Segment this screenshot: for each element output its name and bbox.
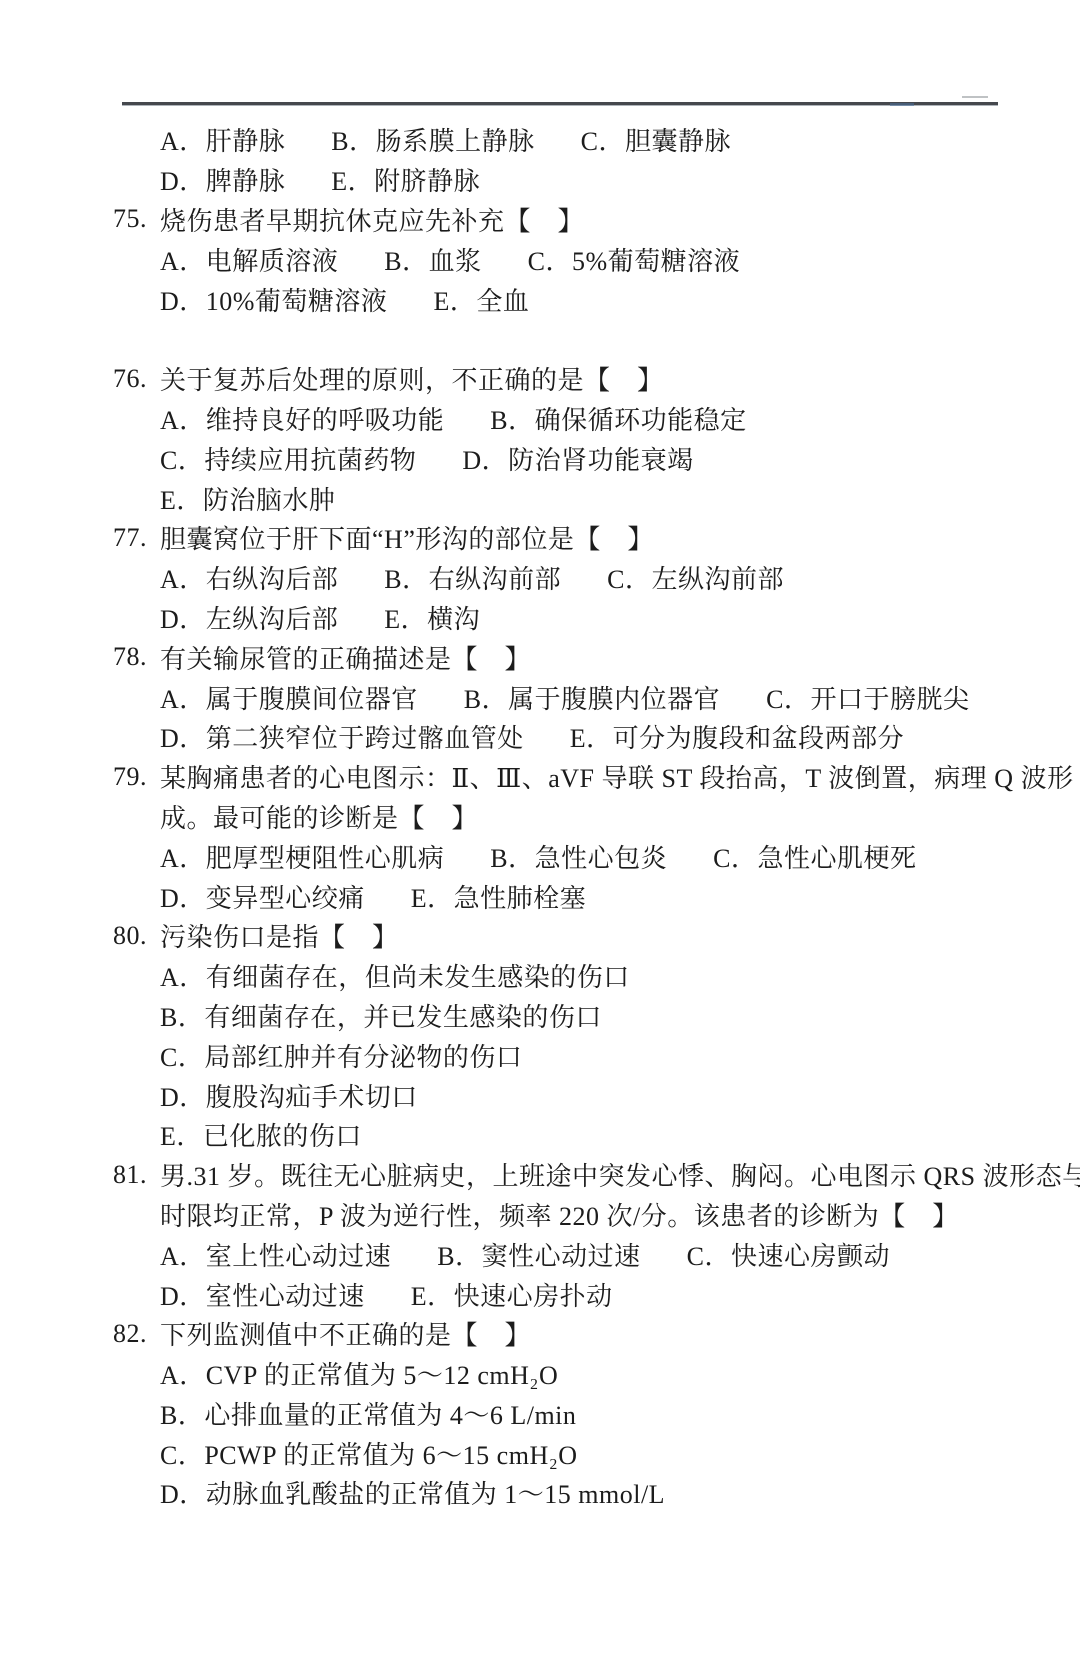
option-row: D．10%葡萄糖溶液 E．全血: [0, 279, 1080, 319]
option-row: E．防治脑水肿: [0, 478, 1080, 518]
option-row: C．PCWP 的正常值为 6～15 cmH₂O: [0, 1433, 1080, 1473]
question-line-76: 76. 关于复苏后处理的原则，不正确的是【 】: [0, 359, 1080, 399]
option-text: D．变异型心绞痛: [160, 878, 365, 915]
question-text: 男.31 岁。既往无心脏病史，上班途中突发心悸、胸闷。心电图示 QRS 波形态与: [160, 1156, 1080, 1193]
option-text: D．防治肾功能衰竭: [462, 440, 693, 477]
option-row: D．脾静脉 E．附脐静脉: [0, 160, 1080, 200]
option-row: A．室上性心动过速 B．窦性心动过速 C．快速心房颤动: [0, 1234, 1080, 1274]
option-text: D．10%葡萄糖溶液: [160, 281, 387, 318]
option-row: D．腹股沟疝手术切口: [0, 1075, 1080, 1115]
option-text: A．电解质溶液: [160, 241, 338, 278]
question-text: 下列监测值中不正确的是【 】: [160, 1315, 531, 1352]
question-text: 污染伤口是指【 】: [160, 917, 399, 954]
option-row: A．右纵沟后部 B．右纵沟前部 C．左纵沟前部: [0, 558, 1080, 598]
option-text: A．维持良好的呼吸功能: [160, 400, 444, 437]
option-text: E．全血: [433, 281, 529, 318]
option-text: C．持续应用抗菌药物: [160, 440, 416, 477]
question-number: 81.: [113, 1160, 147, 1190]
question-continuation: 成。最可能的诊断是【 】: [0, 797, 1080, 837]
option-row: E．已化脓的伤口: [0, 1115, 1080, 1155]
question-list: A．肝静脉 B．肠系膜上静脉 C．胆囊静脉 D．脾静脉 E．附脐静脉 75. 烧…: [0, 120, 1080, 1513]
question-line-82: 82. 下列监测值中不正确的是【 】: [0, 1314, 1080, 1354]
option-text: C．左纵沟前部: [607, 559, 784, 596]
option-text: A．属于腹膜间位器官: [160, 679, 418, 716]
option-text: D．腹股沟疝手术切口: [160, 1077, 418, 1114]
option-row: C．局部红肿并有分泌物的伤口: [0, 1035, 1080, 1075]
option-text: C．胆囊静脉: [581, 121, 731, 158]
question-text: 某胸痛患者的心电图示：Ⅱ、Ⅲ、aVF 导联 ST 段抬高，T 波倒置，病理 Q …: [160, 758, 1074, 795]
option-text: B．有细菌存在，并已发生感染的伤口: [160, 997, 602, 1034]
question-continuation: 时限均正常，P 波为逆行性，频率 220 次/分。该患者的诊断为【 】: [0, 1195, 1080, 1235]
option-text: E．急性肺栓塞: [411, 878, 586, 915]
question-number: 79.: [113, 762, 147, 792]
question-text: 时限均正常，P 波为逆行性，频率 220 次/分。该患者的诊断为【 】: [160, 1196, 959, 1233]
scan-artifact: [962, 96, 988, 98]
question-text: 关于复苏后处理的原则，不正确的是【 】: [160, 360, 664, 397]
option-row: A．电解质溶液 B．血浆 C．5%葡萄糖溶液: [0, 239, 1080, 279]
option-text: C．5%葡萄糖溶液: [528, 241, 741, 278]
question-number: 75.: [113, 204, 147, 234]
option-text: D．第二狭窄位于跨过髂血管处: [160, 718, 524, 755]
question-number: 77.: [113, 523, 147, 553]
option-row: D．室性心动过速 E．快速心房扑动: [0, 1274, 1080, 1314]
option-row: A．CVP 的正常值为 5～12 cmH₂O: [0, 1354, 1080, 1394]
blank-line: [0, 319, 1080, 359]
option-text: C．快速心房颤动: [687, 1236, 890, 1273]
question-text: 成。最可能的诊断是【 】: [160, 798, 478, 835]
question-line-78: 78. 有关输尿管的正确描述是【 】: [0, 637, 1080, 677]
option-text: B．心排血量的正常值为 4～6 L/min: [160, 1395, 576, 1432]
question-line-81: 81. 男.31 岁。既往无心脏病史，上班途中突发心悸、胸闷。心电图示 QRS …: [0, 1155, 1080, 1195]
option-row: B．心排血量的正常值为 4～6 L/min: [0, 1394, 1080, 1434]
option-row: A．肝静脉 B．肠系膜上静脉 C．胆囊静脉: [0, 120, 1080, 160]
scan-artifact: [890, 103, 914, 106]
option-text: D．动脉血乳酸盐的正常值为 1～15 mmol/L: [160, 1474, 665, 1511]
option-text: A．有细菌存在，但尚未发生感染的伤口: [160, 957, 630, 994]
option-text: B．急性心包炎: [490, 838, 667, 875]
option-row: D．第二狭窄位于跨过髂血管处 E．可分为腹段和盆段两部分: [0, 717, 1080, 757]
exam-page: A．肝静脉 B．肠系膜上静脉 C．胆囊静脉 D．脾静脉 E．附脐静脉 75. 烧…: [0, 0, 1080, 1671]
option-text: A．室上性心动过速: [160, 1236, 391, 1273]
option-row: D．变异型心绞痛 E．急性肺栓塞: [0, 876, 1080, 916]
option-text: D．左纵沟后部: [160, 599, 338, 636]
option-text: B．右纵沟前部: [384, 559, 561, 596]
question-number: 78.: [113, 642, 147, 672]
option-text: A．CVP 的正常值为 5～12 cmH₂O: [160, 1355, 558, 1392]
option-text: B．确保循环功能稳定: [490, 400, 746, 437]
option-text: A．肝静脉: [160, 121, 285, 158]
option-text: D．脾静脉: [160, 161, 285, 198]
option-text: A．肥厚型梗阻性心肌病: [160, 838, 444, 875]
option-text: C．急性心肌梗死: [713, 838, 916, 875]
option-row: A．有细菌存在，但尚未发生感染的伤口: [0, 956, 1080, 996]
option-text: C．开口于膀胱尖: [766, 679, 969, 716]
option-text: E．横沟: [384, 599, 480, 636]
option-text: C．局部红肿并有分泌物的伤口: [160, 1037, 522, 1074]
option-row: D．左纵沟后部 E．横沟: [0, 598, 1080, 638]
question-line-79: 79. 某胸痛患者的心电图示：Ⅱ、Ⅲ、aVF 导联 ST 段抬高，T 波倒置，病…: [0, 757, 1080, 797]
option-row: A．属于腹膜间位器官 B．属于腹膜内位器官 C．开口于膀胱尖: [0, 677, 1080, 717]
question-number: 82.: [113, 1319, 147, 1349]
option-text: B．肠系膜上静脉: [331, 121, 534, 158]
question-text: 有关输尿管的正确描述是【 】: [160, 639, 531, 676]
question-line-77: 77. 胆囊窝位于肝下面“H”形沟的部位是【 】: [0, 518, 1080, 558]
question-line-80: 80. 污染伤口是指【 】: [0, 916, 1080, 956]
option-text: C．PCWP 的正常值为 6～15 cmH₂O: [160, 1435, 578, 1472]
option-text: B．窦性心动过速: [437, 1236, 640, 1273]
option-text: A．右纵沟后部: [160, 559, 338, 596]
option-text: B．血浆: [384, 241, 481, 278]
option-text: E．附脐静脉: [331, 161, 480, 198]
option-text: B．属于腹膜内位器官: [464, 679, 720, 716]
option-row: B．有细菌存在，并已发生感染的伤口: [0, 996, 1080, 1036]
option-text: E．可分为腹段和盆段两部分: [570, 718, 904, 755]
question-number: 80.: [113, 921, 147, 951]
question-text: 烧伤患者早期抗休克应先补充【 】: [160, 201, 584, 238]
option-row: C．持续应用抗菌药物 D．防治肾功能衰竭: [0, 438, 1080, 478]
option-text: D．室性心动过速: [160, 1276, 365, 1313]
option-text: E．快速心房扑动: [411, 1276, 613, 1313]
option-row: A．肥厚型梗阻性心肌病 B．急性心包炎 C．急性心肌梗死: [0, 836, 1080, 876]
option-row: D．动脉血乳酸盐的正常值为 1～15 mmol/L: [0, 1473, 1080, 1513]
question-text: 胆囊窝位于肝下面“H”形沟的部位是【 】: [160, 519, 654, 556]
question-number: 76.: [113, 364, 147, 394]
option-text: E．防治脑水肿: [160, 480, 335, 517]
option-row: A．维持良好的呼吸功能 B．确保循环功能稳定: [0, 399, 1080, 439]
top-rule: [122, 102, 998, 106]
question-line-75: 75. 烧伤患者早期抗休克应先补充【 】: [0, 200, 1080, 240]
option-text: E．已化脓的伤口: [160, 1116, 362, 1153]
